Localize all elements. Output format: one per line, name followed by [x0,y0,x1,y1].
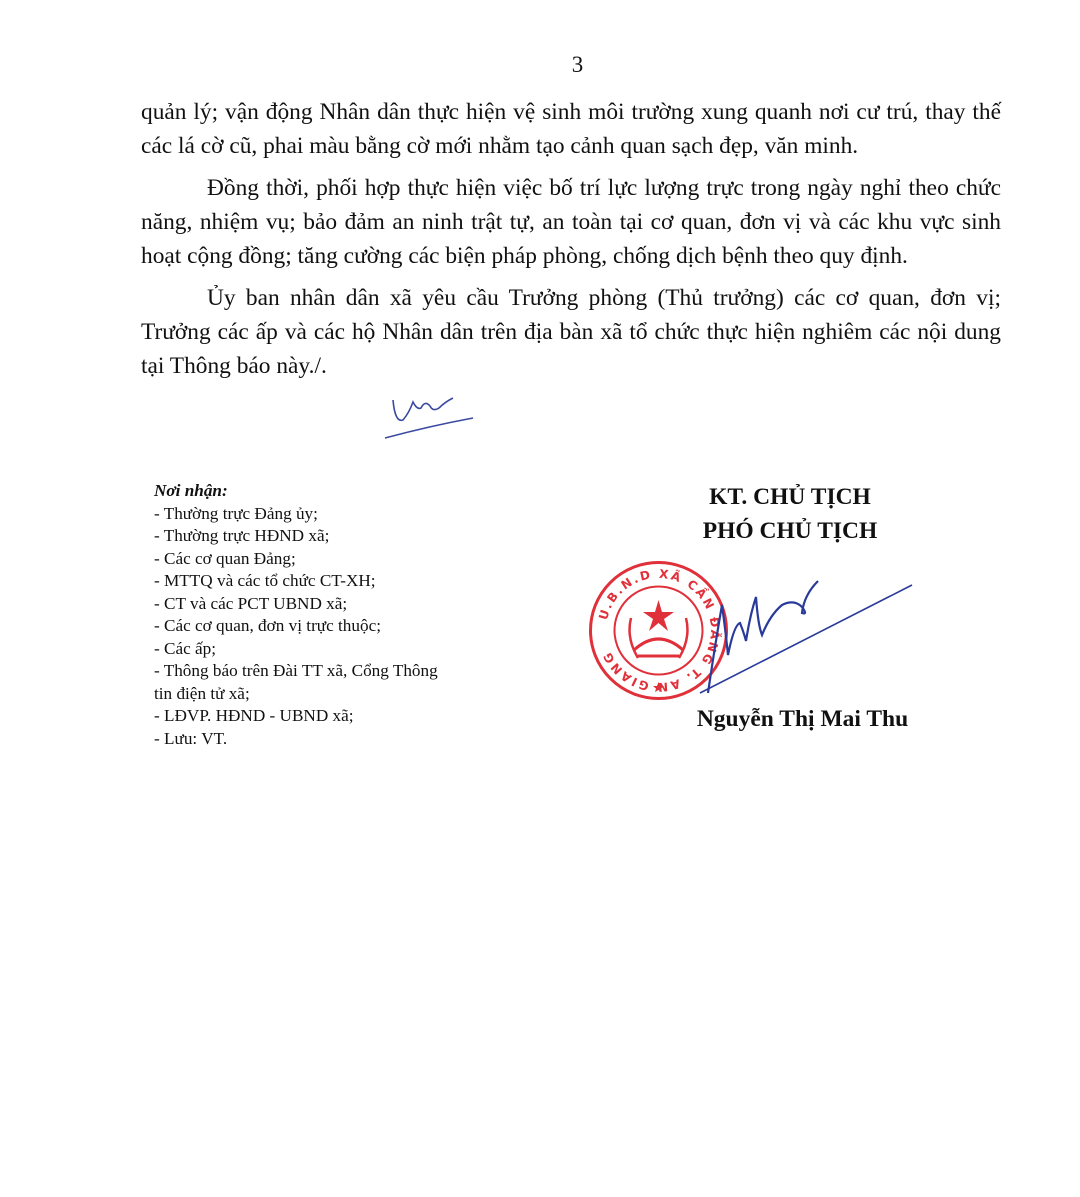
signer-name: Nguyễn Thị Mai Thu [640,706,965,733]
recipient-item: - Thông báo trên Đài TT xã, Cổng Thông t… [154,660,454,705]
paragraph: quản lý; vận động Nhân dân thực hiện vệ … [141,95,1001,163]
recipients-list: Nơi nhận: - Thường trực Đảng ủy; - Thườn… [154,480,454,750]
recipients-title: Nơi nhận: [154,480,454,503]
signer-role-line1: KT. CHỦ TỊCH [640,480,940,514]
recipient-item: - Lưu: VT. [154,728,454,751]
recipient-item: - Các cơ quan, đơn vị trực thuộc; [154,615,454,638]
recipient-item: - MTTQ và các tổ chức CT-XH; [154,570,454,593]
recipient-item: - Các ấp; [154,638,454,661]
paragraph: Đồng thời, phối hợp thực hiện việc bố tr… [141,171,1001,273]
body-text: quản lý; vận động Nhân dân thực hiện vệ … [141,95,1001,391]
paragraph: Ủy ban nhân dân xã yêu cầu Trưởng phòng … [141,281,1001,383]
recipient-item: - LĐVP. HĐND - UBND xã; [154,705,454,728]
signer-block: KT. CHỦ TỊCH PHÓ CHỦ TỊCH [640,480,940,548]
signer-role-line2: PHÓ CHỦ TỊCH [640,514,940,548]
recipient-item: - Các cơ quan Đảng; [154,548,454,571]
signature-icon [690,575,920,700]
recipient-item: - Thường trực Đảng ủy; [154,503,454,526]
page-number: 3 [0,52,1080,78]
recipient-item: - CT và các PCT UBND xã; [154,593,454,616]
initial-mark-icon [375,388,475,443]
recipient-item: - Thường trực HĐND xã; [154,525,454,548]
